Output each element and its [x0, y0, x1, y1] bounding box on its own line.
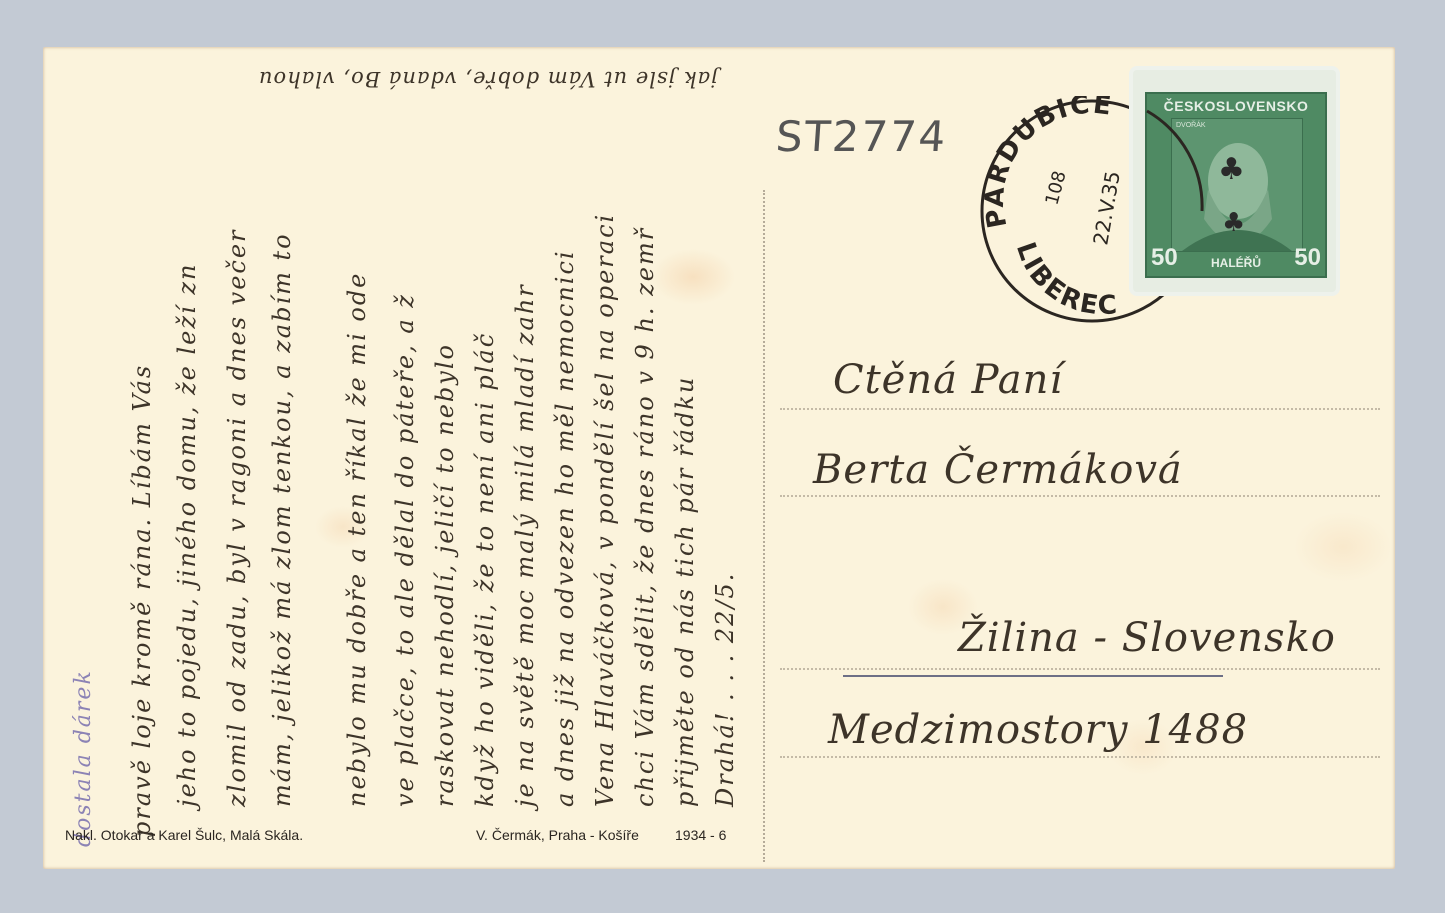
message-line: jeho to pojedu, jiného domu, že leží zn	[173, 263, 201, 807]
message-line: pravě loje kromě rána. Líbám Vás	[128, 364, 156, 837]
message-line: když ho viděli, že to není ani pláč	[471, 332, 499, 807]
address-name: Berta Čermáková	[813, 447, 1183, 493]
message-line: zlomil od zadu, byl v ragoni a dnes veče…	[223, 228, 251, 807]
address-underline	[843, 675, 1223, 677]
stamp-portrait-label: DVOŘÁK	[1176, 122, 1206, 129]
upside-down-note: jak jsle ut Vám dobře, vdaná Bo, vlahou	[258, 67, 718, 91]
violet-pencil-note: dostala dárek	[71, 669, 96, 847]
address-city: Žilina - Slovensko	[958, 615, 1336, 661]
message-line: je na světě moc malý milá mladí zahr	[511, 283, 539, 807]
address-rule	[780, 408, 1380, 410]
message-line: Vena Hlaváčková, v pondělí šel na operac…	[591, 213, 619, 807]
printer-imprint: V. Čermák, Praha - Košíře	[476, 827, 639, 843]
address-rule	[780, 495, 1380, 497]
message-line: přijměte od nás tich pár řádku	[671, 376, 699, 807]
svg-text:108: 108	[1042, 169, 1071, 208]
message-line: Drahá! . . . 22/5.	[711, 572, 739, 807]
message-line: mám, jelikož má zlom tenkou, a zabím to	[268, 232, 296, 807]
message-line: chci Vám sdělit, že dnes ráno v 9 h. zem…	[631, 227, 659, 807]
message-line: nebylo mu dobře a ten říkal že mi ode	[343, 272, 371, 807]
postage-stamp: ČESKOSLOVENSKO DVOŘÁK ♣ ♣ 50 HALÉŘŮ 50	[1133, 70, 1336, 292]
message-line: a dnes již na odvezen ho měl nemocnici	[551, 249, 579, 807]
svg-text:♣: ♣	[1222, 208, 1245, 238]
svg-text:♣: ♣	[1218, 152, 1245, 187]
address-rule	[780, 668, 1380, 670]
stamp-portrait: DVOŘÁK ♣ ♣	[1171, 118, 1303, 252]
portrait-icon: ♣ ♣	[1172, 119, 1302, 251]
message-line: raskovat nehodlí, jeličí to nebylo	[431, 343, 459, 807]
card-divider	[763, 190, 765, 862]
publisher-imprint: Nakl. Otokar a Karel Šulc, Malá Skála.	[65, 827, 303, 843]
address-rule	[780, 756, 1380, 758]
address-salutation: Ctěná Paní	[833, 357, 1063, 403]
pencil-inventory-note: ST2774	[774, 112, 949, 161]
address-street: Medzimostory 1488	[828, 707, 1248, 753]
message-line: ve plačce, to ale dělal do páteře, a ž	[391, 293, 419, 807]
svg-text:LIBEREC: LIBEREC	[1010, 239, 1120, 322]
svg-text:22.V.35: 22.V.35	[1088, 169, 1125, 247]
print-code: 1934 - 6	[675, 827, 726, 843]
stamp-value-right: 50	[1294, 244, 1321, 272]
stamp-country: ČESKOSLOVENSKO	[1147, 98, 1325, 114]
